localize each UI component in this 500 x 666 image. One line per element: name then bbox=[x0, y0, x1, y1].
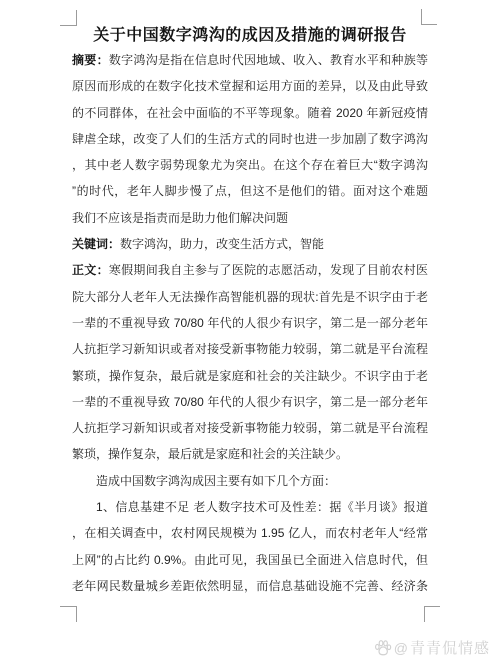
line-text: 人抗拒学习新知识或者对接受新事物能力较弱，第二就是平台流程 bbox=[72, 421, 428, 435]
text-line: 一辈的不重视导致 70/80 年代的人很少有识字，第二是一部分老年 bbox=[72, 310, 428, 336]
line-text: 繁琐，操作复杂，最后就是家庭和社会的关注缺少。 bbox=[72, 447, 348, 461]
line-text: ”的时代，老年人脚步慢了点，但这不是他们的错。面对这个难题 bbox=[72, 184, 428, 198]
line-text: 原因而形成的在数字化技术堂握和运用方面的差异，以及由此导致 bbox=[72, 79, 428, 93]
text-line: 1、信息基建不足 老人数字技术可及性差：据《半月谈》报道 bbox=[72, 494, 428, 520]
document-body: 摘要：数字鸿沟是指在信息时代因地域、收入、教育水平和种族等原因而形成的在数字化技… bbox=[72, 47, 428, 599]
text-line: 我们不应该是指责而是助力他们解决问题 bbox=[72, 205, 428, 231]
crop-mark-bottom-left bbox=[60, 606, 77, 622]
line-text: 人抗拒学习新知识或者对接受新事物能力较弱，第二就是平台流程 bbox=[72, 342, 428, 356]
text-line: 关键词：数字鸿沟，助力，改变生活方式，智能 bbox=[72, 231, 428, 257]
text-line: 正文：寒假期间我自主参与了医院的志愿活动，发现了目前农村医 bbox=[72, 257, 428, 283]
line-text: ，在相关调查中，农村网民规模为 1.95 亿人，而农村老年人“经常 bbox=[72, 526, 428, 540]
watermark: @ 青青侃情感 bbox=[374, 637, 490, 658]
line-text: 院大部分人老年人无法操作高智能机器的现状:首先是不识字由于老 bbox=[72, 290, 428, 304]
crop-mark-bottom-right bbox=[424, 606, 440, 622]
text-line: 造成中国数字鸿沟成因主要有如下几个方面： bbox=[72, 468, 428, 494]
line-text: 造成中国数字鸿沟成因主要有如下几个方面： bbox=[96, 474, 336, 488]
text-line: ”的时代，老年人脚步慢了点，但这不是他们的错。面对这个难题 bbox=[72, 178, 428, 204]
line-text: 上网”的占比约 0.9%。由此可见，我国虽已全面进入信息时代，但 bbox=[72, 553, 428, 567]
line-text: ，其中老人数字弱势现象尤为突出。在这个存在着巨大“数字鸿沟 bbox=[72, 158, 428, 172]
text-line: ，其中老人数字弱势现象尤为突出。在这个存在着巨大“数字鸿沟 bbox=[72, 152, 428, 178]
line-text: 老年网民数量城乡差距依然明显，而信息基础设施不完善、经济条 bbox=[72, 579, 428, 593]
page-title: 关于中国数字鸿沟的成因及措施的调研报告 bbox=[72, 22, 428, 45]
text-line: 院大部分人老年人无法操作高智能机器的现状:首先是不识字由于老 bbox=[72, 284, 428, 310]
line-text: 数字鸿沟是指在信息时代因地域、收入、教育水平和种族等 bbox=[109, 53, 428, 67]
text-line: 人抗拒学习新知识或者对接受新事物能力较弱，第二就是平台流程 bbox=[72, 336, 428, 362]
line-bold-label: 摘要： bbox=[72, 53, 109, 67]
text-line: 老年网民数量城乡差距依然明显，而信息基础设施不完善、经济条 bbox=[72, 573, 428, 599]
line-bold-label: 关键词： bbox=[72, 237, 120, 251]
text-line: 繁琐，操作复杂，最后就是家庭和社会的关注缺少。 bbox=[72, 441, 428, 467]
line-text: 寒假期间我自主参与了医院的志愿活动，发现了目前农村医 bbox=[109, 263, 428, 277]
line-text: 繁琐，操作复杂，最后就是家庭和社会的关注缺少。不识字由于老 bbox=[72, 369, 428, 383]
text-line: 人抗拒学习新知识或者对接受新事物能力较弱，第二就是平台流程 bbox=[72, 415, 428, 441]
text-line: 一辈的不重视导致 70/80 年代的人很少有识字，第二是一部分老年 bbox=[72, 389, 428, 415]
line-text: 我们不应该是指责而是助力他们解决问题 bbox=[72, 211, 288, 225]
watermark-at-icon: @ bbox=[394, 640, 408, 656]
line-text: 一辈的不重视导致 70/80 年代的人很少有识字，第二是一部分老年 bbox=[72, 395, 428, 409]
line-bold-label: 正文： bbox=[72, 263, 109, 277]
watermark-handle: 青青侃情感 bbox=[410, 637, 490, 658]
text-line: 肆虐全球，改变了人们的生活方式的同时也进一步加剧了数字鸿沟 bbox=[72, 126, 428, 152]
line-text: 数字鸿沟，助力，改变生活方式，智能 bbox=[120, 237, 324, 251]
text-line: 原因而形成的在数字化技术堂握和运用方面的差异，以及由此导致 bbox=[72, 73, 428, 99]
line-text: 的不同群体，在社会中面临的不平等现象。随着 2020 年新冠疫情 bbox=[72, 106, 428, 120]
text-line: 繁琐，操作复杂，最后就是家庭和社会的关注缺少。不识字由于老 bbox=[72, 363, 428, 389]
text-line: ，在相关调查中，农村网民规模为 1.95 亿人，而农村老年人“经常 bbox=[72, 520, 428, 546]
line-text: 一辈的不重视导致 70/80 年代的人很少有识字，第二是一部分老年 bbox=[72, 316, 428, 330]
text-line: 的不同群体，在社会中面临的不平等现象。随着 2020 年新冠疫情 bbox=[72, 100, 428, 126]
baidu-paw-icon bbox=[374, 640, 392, 656]
text-line: 摘要：数字鸿沟是指在信息时代因地域、收入、教育水平和种族等 bbox=[72, 47, 428, 73]
line-text: 1、信息基建不足 老人数字技术可及性差：据《半月谈》报道 bbox=[96, 500, 428, 514]
text-line: 上网”的占比约 0.9%。由此可见，我国虽已全面进入信息时代，但 bbox=[72, 547, 428, 573]
line-text: 肆虐全球，改变了人们的生活方式的同时也进一步加剧了数字鸿沟 bbox=[72, 132, 428, 146]
